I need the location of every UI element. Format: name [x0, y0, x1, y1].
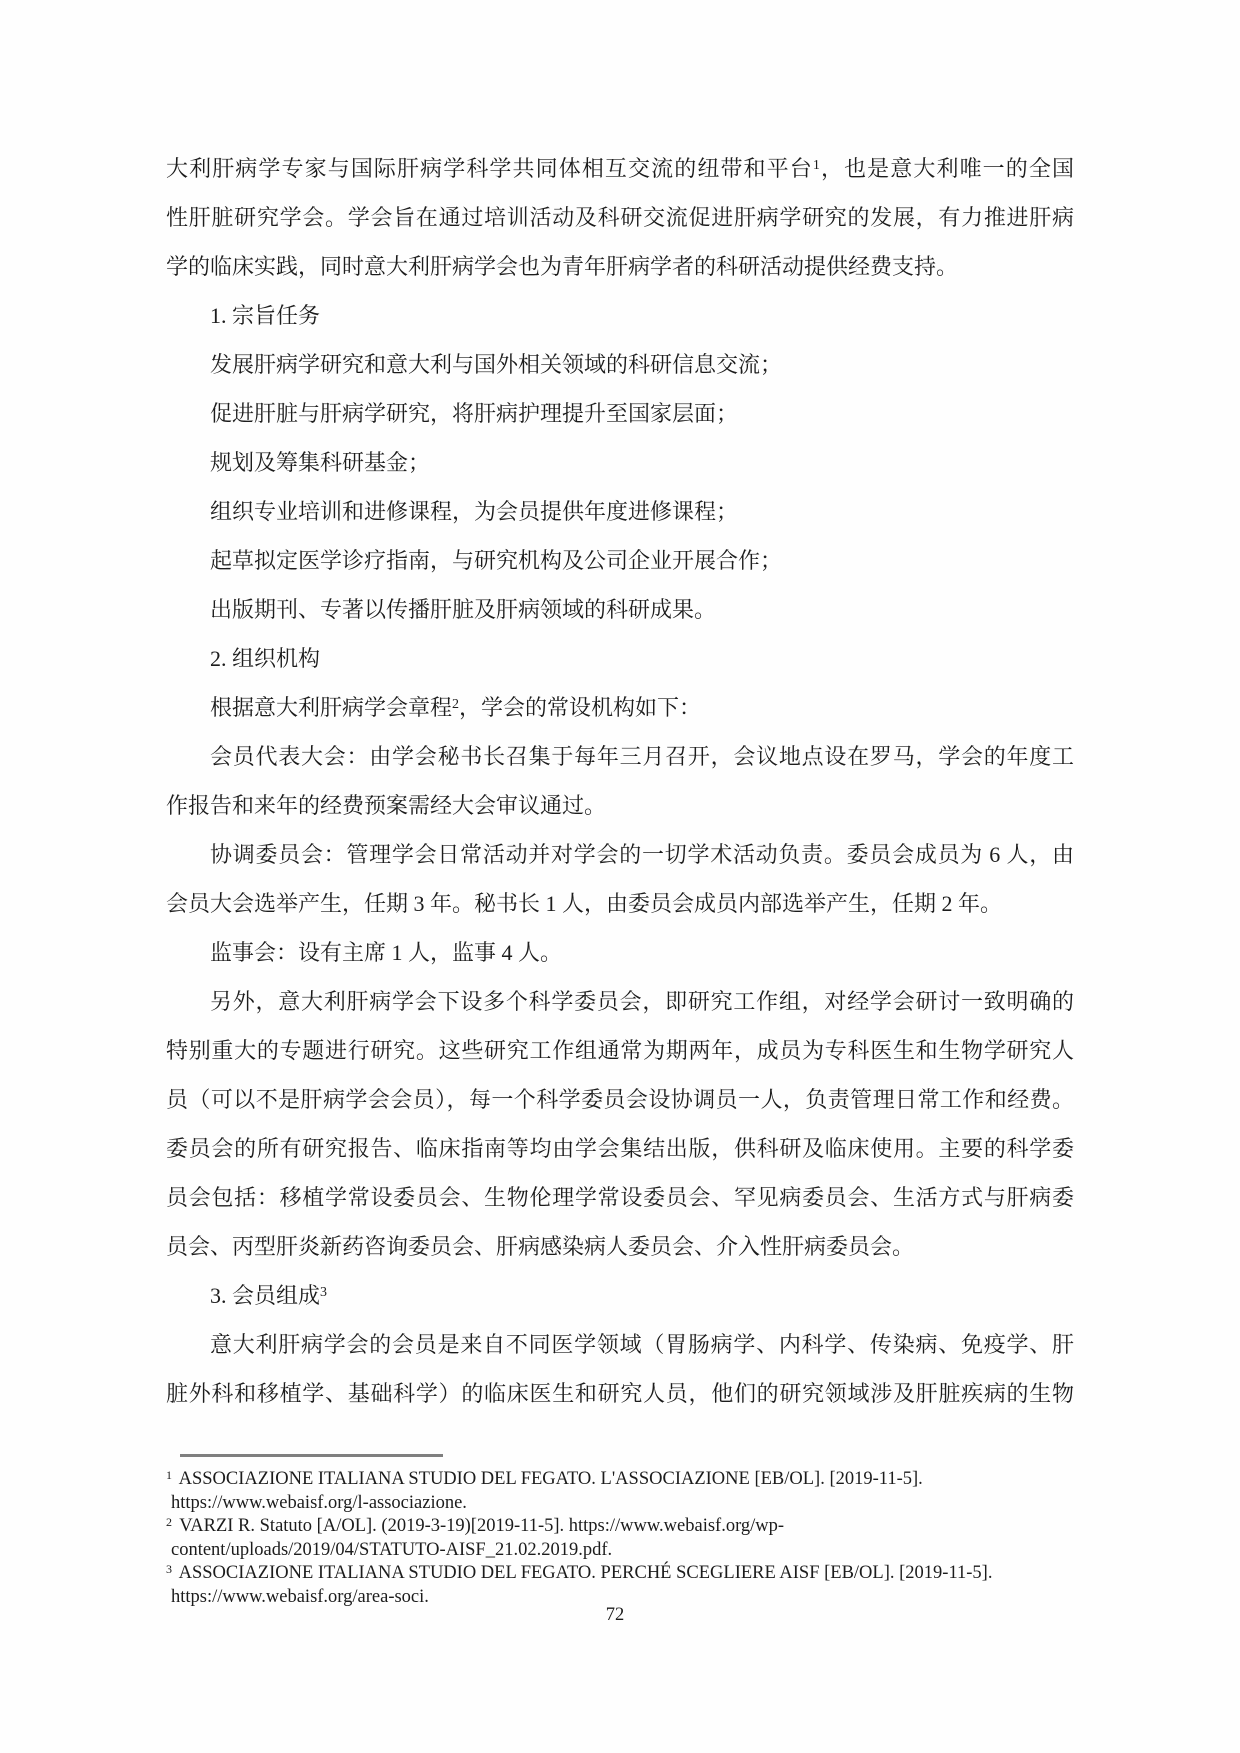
- footnote-reference-mark: 3: [320, 1285, 327, 1300]
- text-line: 性肝脏研究学会。学会旨在通过培训活动及科研交流促进肝病学研究的发展，有力推进肝病: [166, 193, 1074, 242]
- text-line: 促进肝脏与肝病学研究，将肝病护理提升至国家层面；: [166, 389, 1074, 438]
- footnote-area: 1 ASSOCIAZIONE ITALIANA STUDIO DEL FEGAT…: [166, 1468, 1076, 1609]
- text-line: 2 VARZI R. Statuto [A/OL]. (2019-3-19)[2…: [166, 1515, 1076, 1539]
- text-line: 1. 宗旨任务: [166, 291, 1074, 340]
- text-line: 特别重大的专题进行研究。这些研究工作组通常为期两年，成员为专科医生和生物学研究人: [166, 1026, 1074, 1075]
- text-line: 根据意大利肝病学会章程2，学会的常设机构如下：: [166, 683, 1074, 732]
- coordination-committee-paragraph: 协调委员会：管理学会日常活动并对学会的一切学术活动负责。委员会成员为 6 人，由…: [166, 830, 1074, 928]
- text-line: 2. 组织机构: [166, 634, 1074, 683]
- assembly-paragraph: 会员代表大会：由学会秘书长召集于每年三月召开，会议地点设在罗马，学会的年度工作报…: [166, 732, 1074, 830]
- text-line: 学的临床实践，同时意大利肝病学会也为青年肝病学者的科研活动提供经费支持。: [166, 242, 1074, 291]
- section-2-heading: 2. 组织机构: [166, 634, 1074, 683]
- aim-item-1: 发展肝病学研究和意大利与国外相关领域的科研信息交流；: [166, 340, 1074, 389]
- text-line: 员会、丙型肝炎新药咨询委员会、肝病感染病人委员会、介入性肝病委员会。: [166, 1222, 1074, 1271]
- footnote-2: 2 VARZI R. Statuto [A/OL]. (2019-3-19)[2…: [166, 1515, 1076, 1562]
- aim-item-5: 起草拟定医学诊疗指南，与研究机构及公司企业开展合作；: [166, 536, 1074, 585]
- document-page: 大利肝病学专家与国际肝病学科学共同体相互交流的纽带和平台1，也是意大利唯一的全国…: [0, 0, 1240, 1753]
- text-line: 会员代表大会：由学会秘书长召集于每年三月召开，会议地点设在罗马，学会的年度工: [166, 732, 1074, 781]
- aim-item-3: 规划及筹集科研基金；: [166, 438, 1074, 487]
- footnote-3: 3 ASSOCIAZIONE ITALIANA STUDIO DEL FEGAT…: [166, 1562, 1076, 1609]
- text-line: 发展肝病学研究和意大利与国外相关领域的科研信息交流；: [166, 340, 1074, 389]
- section-1-heading: 1. 宗旨任务: [166, 291, 1074, 340]
- statute-intro-paragraph: 根据意大利肝病学会章程2，学会的常设机构如下：: [166, 683, 1074, 732]
- footnote-reference-mark: 3: [166, 1562, 172, 1576]
- text-line: 员（可以不是肝病学会会员），每一个科学委员会设协调员一人，负责管理日常工作和经费…: [166, 1075, 1074, 1124]
- aim-item-4: 组织专业培训和进修课程，为会员提供年度进修课程；: [166, 487, 1074, 536]
- text-line: 协调委员会：管理学会日常活动并对学会的一切学术活动负责。委员会成员为 6 人，由: [166, 830, 1074, 879]
- text-line: 监事会：设有主席 1 人，监事 4 人。: [166, 928, 1074, 977]
- text-line: 脏外科和移植学、基础科学）的临床医生和研究人员，他们的研究领域涉及肝脏疾病的生物: [166, 1369, 1074, 1418]
- text-line: 大利肝病学专家与国际肝病学科学共同体相互交流的纽带和平台1，也是意大利唯一的全国: [166, 144, 1074, 193]
- text-line: 出版期刊、专著以传播肝脏及肝病领域的科研成果。: [166, 585, 1074, 634]
- footnote-separator: [180, 1454, 443, 1457]
- aim-item-2: 促进肝脏与肝病学研究，将肝病护理提升至国家层面；: [166, 389, 1074, 438]
- text-line: 员会包括：移植学常设委员会、生物伦理学常设委员会、罕见病委员会、生活方式与肝病委: [166, 1173, 1074, 1222]
- aim-item-6: 出版期刊、专著以传播肝脏及肝病领域的科研成果。: [166, 585, 1074, 634]
- text-line: 3. 会员组成3: [166, 1271, 1074, 1320]
- text-line: 会员大会选举产生，任期 3 年。秘书长 1 人，由委员会成员内部选举产生，任期 …: [166, 879, 1074, 928]
- scientific-committees-paragraph: 另外，意大利肝病学会下设多个科学委员会，即研究工作组，对经学会研讨一致明确的特别…: [166, 977, 1074, 1271]
- page-number: 72: [0, 1603, 1230, 1627]
- text-line: 组织专业培训和进修课程，为会员提供年度进修课程；: [166, 487, 1074, 536]
- text-line: https://www.webaisf.org/l-associazione.: [166, 1492, 1076, 1516]
- text-line: 起草拟定医学诊疗指南，与研究机构及公司企业开展合作；: [166, 536, 1074, 585]
- footnote-1: 1 ASSOCIAZIONE ITALIANA STUDIO DEL FEGAT…: [166, 1468, 1076, 1515]
- document-body: 大利肝病学专家与国际肝病学科学共同体相互交流的纽带和平台1，也是意大利唯一的全国…: [166, 144, 1074, 1418]
- text-line: 3 ASSOCIAZIONE ITALIANA STUDIO DEL FEGAT…: [166, 1562, 1076, 1586]
- text-line: 规划及筹集科研基金；: [166, 438, 1074, 487]
- membership-paragraph: 意大利肝病学会的会员是来自不同医学领域（胃肠病学、内科学、传染病、免疫学、肝脏外…: [166, 1320, 1074, 1418]
- footnote-reference-mark: 2: [166, 1515, 172, 1529]
- text-line: 意大利肝病学会的会员是来自不同医学领域（胃肠病学、内科学、传染病、免疫学、肝: [166, 1320, 1074, 1369]
- footnote-reference-mark: 1: [166, 1468, 172, 1482]
- text-line: 另外，意大利肝病学会下设多个科学委员会，即研究工作组，对经学会研讨一致明确的: [166, 977, 1074, 1026]
- section-3-heading: 3. 会员组成3: [166, 1271, 1074, 1320]
- text-line: 委员会的所有研究报告、临床指南等均由学会集结出版，供科研及临床使用。主要的科学委: [166, 1124, 1074, 1173]
- supervisory-board-paragraph: 监事会：设有主席 1 人，监事 4 人。: [166, 928, 1074, 977]
- text-line: content/uploads/2019/04/STATUTO-AISF_21.…: [166, 1539, 1076, 1563]
- intro-paragraph: 大利肝病学专家与国际肝病学科学共同体相互交流的纽带和平台1，也是意大利唯一的全国…: [166, 144, 1074, 291]
- text-line: 作报告和来年的经费预案需经大会审议通过。: [166, 781, 1074, 830]
- text-line: 1 ASSOCIAZIONE ITALIANA STUDIO DEL FEGAT…: [166, 1468, 1076, 1492]
- footnote-reference-mark: 2: [452, 697, 459, 712]
- footnote-reference-mark: 1: [813, 158, 820, 173]
